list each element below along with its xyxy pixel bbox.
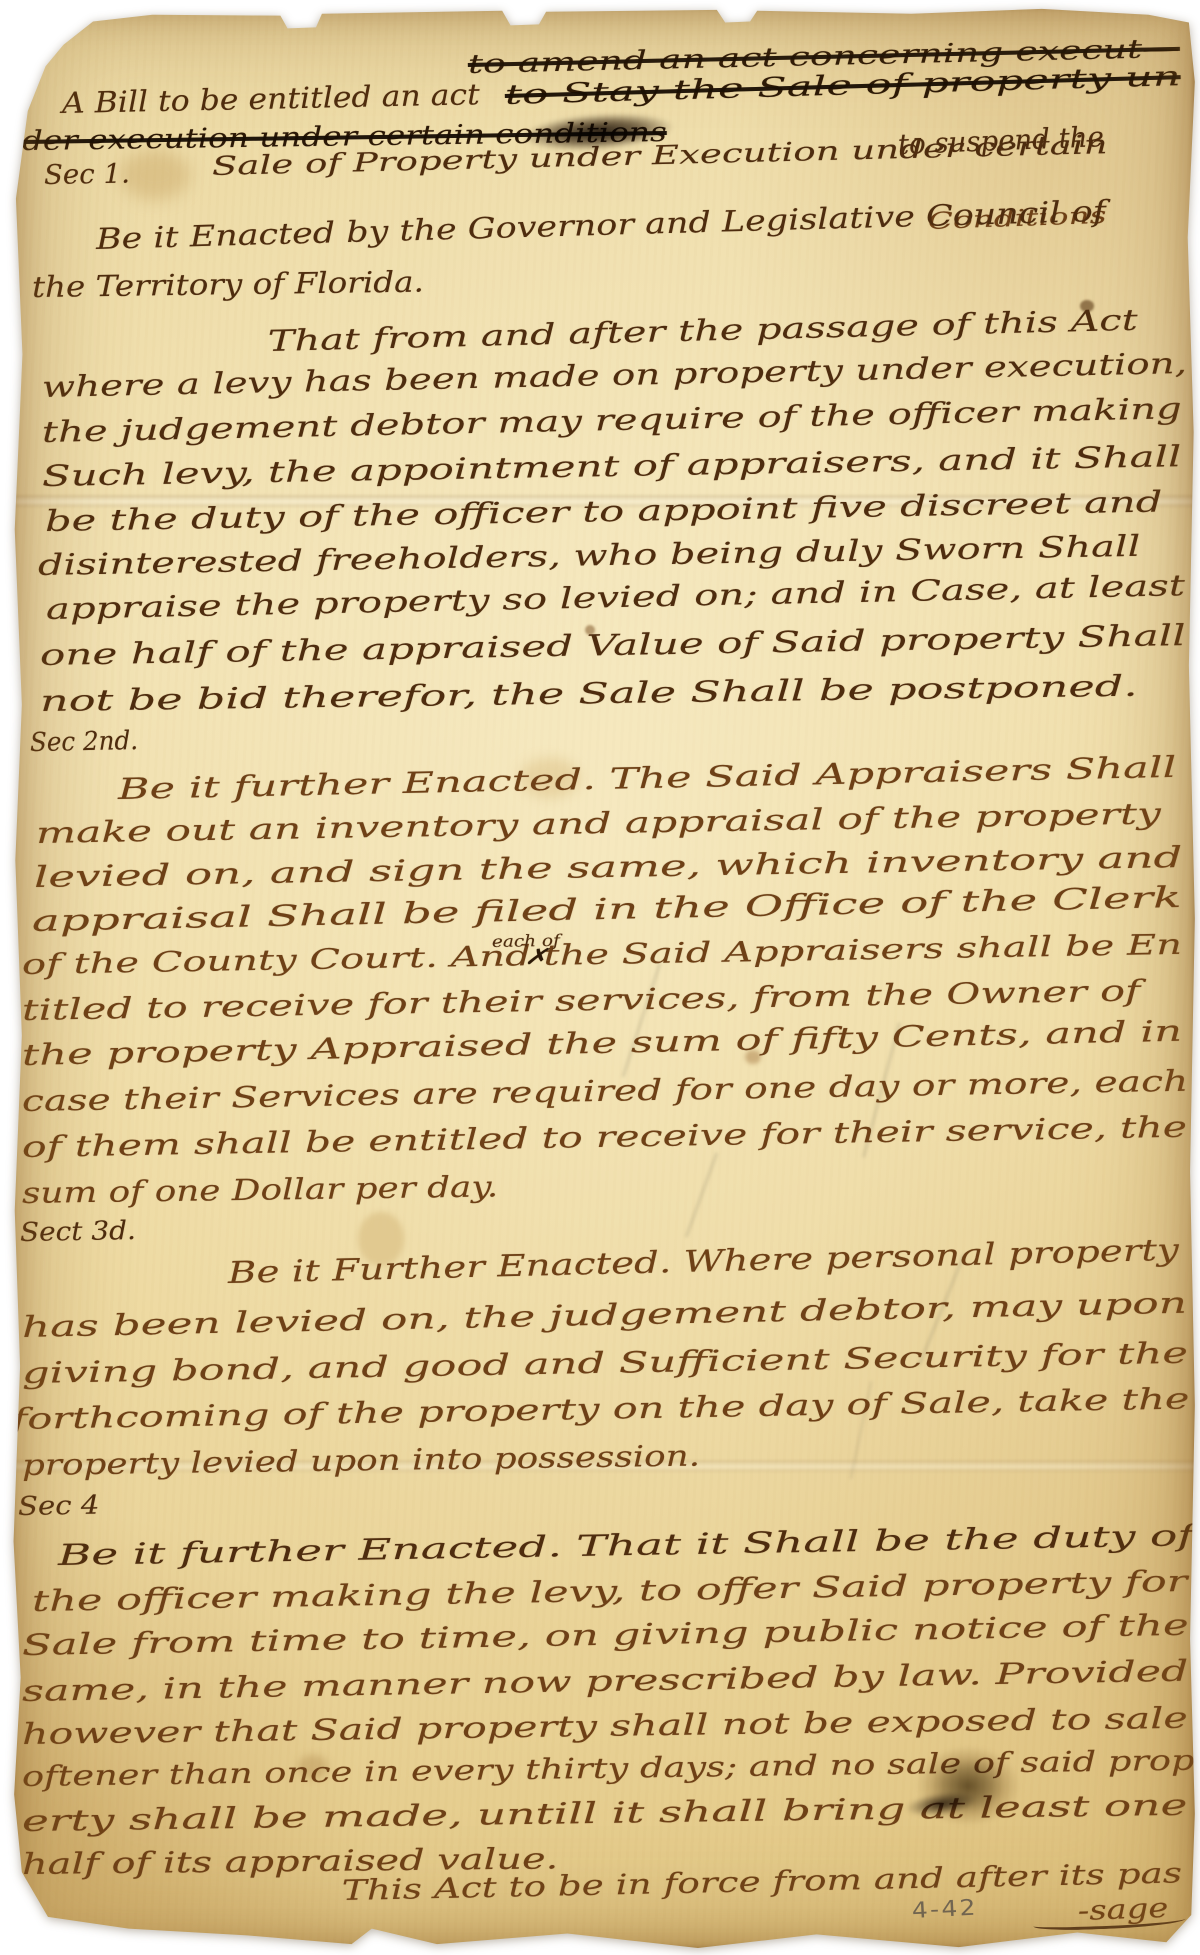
manuscript-line: sum of one Dollar per day. xyxy=(22,1171,499,1208)
manuscript-line: Sec 2nd. xyxy=(30,728,139,757)
manuscript-line: A Bill to be entitled an act xyxy=(62,79,480,118)
manuscript-line: not be bid therefor, the Sale Shall be p… xyxy=(40,671,1138,717)
manuscript-line: Sale from time to time, on giving public… xyxy=(22,1610,1189,1661)
manuscript-line: forthcoming of the property on the day o… xyxy=(12,1383,1190,1434)
manuscript-line: be the duty of the officer to appoint fi… xyxy=(45,486,1163,536)
manuscript-line: however that Said property shall not be … xyxy=(22,1703,1188,1750)
manuscript-line: the Territory of Florida. xyxy=(32,267,424,303)
manuscript-line: Sect 3d. xyxy=(20,1218,136,1247)
document-page-wrap: to amend an act concerning execut—A Bill… xyxy=(0,0,1200,1955)
document-page: to amend an act concerning execut—A Bill… xyxy=(10,4,1196,1950)
manuscript-line: Be it Enacted by the Governor and Legisl… xyxy=(95,196,1106,255)
manuscript-line: Be it further Enacted. That it Shall be … xyxy=(58,1520,1195,1570)
manuscript-line: the judgement debtor may require of the … xyxy=(42,393,1182,447)
strike-x-mark: ✗ xyxy=(524,946,549,969)
manuscript-line: same, in the manner now prescribed by la… xyxy=(22,1656,1189,1707)
manuscript-line: oftener than once in every thirty days; … xyxy=(22,1746,1195,1792)
manuscript-line: Be it Further Enacted. Where personal pr… xyxy=(228,1235,1180,1290)
manuscript-line: property levied upon into possession. xyxy=(22,1441,701,1481)
manuscript-line: That from and after the passage of this … xyxy=(268,305,1138,357)
manuscript-line: of them shall be entitled to receive for… xyxy=(22,1112,1188,1163)
manuscript-line: Such levy, the appointment of appraisers… xyxy=(42,441,1182,491)
manuscript-line: the officer making the levy, to offer Sa… xyxy=(32,1566,1188,1617)
manuscript-line: giving bond, and good and Sufficient Sec… xyxy=(22,1338,1189,1389)
page-inner: to amend an act concerning execut—A Bill… xyxy=(0,0,1200,1955)
manuscript-line: erty shall be made, untill it shall brin… xyxy=(22,1790,1188,1837)
manuscript-lines-layer: to amend an act concerning execut—A Bill… xyxy=(0,0,1200,1955)
manuscript-line: Sec 1. xyxy=(44,161,130,191)
manuscript-line: one half of the appraised Value of Said … xyxy=(40,620,1186,670)
manuscript-line: case their Services are required for one… xyxy=(22,1066,1189,1117)
scan-background: to amend an act concerning execut—A Bill… xyxy=(0,0,1200,1955)
manuscript-line: of the County Court. And the Said Apprai… xyxy=(22,930,1183,980)
manuscript-line: has been levied on, the judgement debtor… xyxy=(22,1288,1188,1343)
manuscript-line: Sec 4 xyxy=(18,1493,100,1522)
manuscript-line: make out an inventory and appraisal of t… xyxy=(36,798,1161,848)
pencil-annotation: 4-42 xyxy=(911,1897,978,1924)
manuscript-line: -sage xyxy=(1077,1895,1168,1926)
manuscript-line: Be it further Enacted. The Said Appraise… xyxy=(118,752,1177,805)
